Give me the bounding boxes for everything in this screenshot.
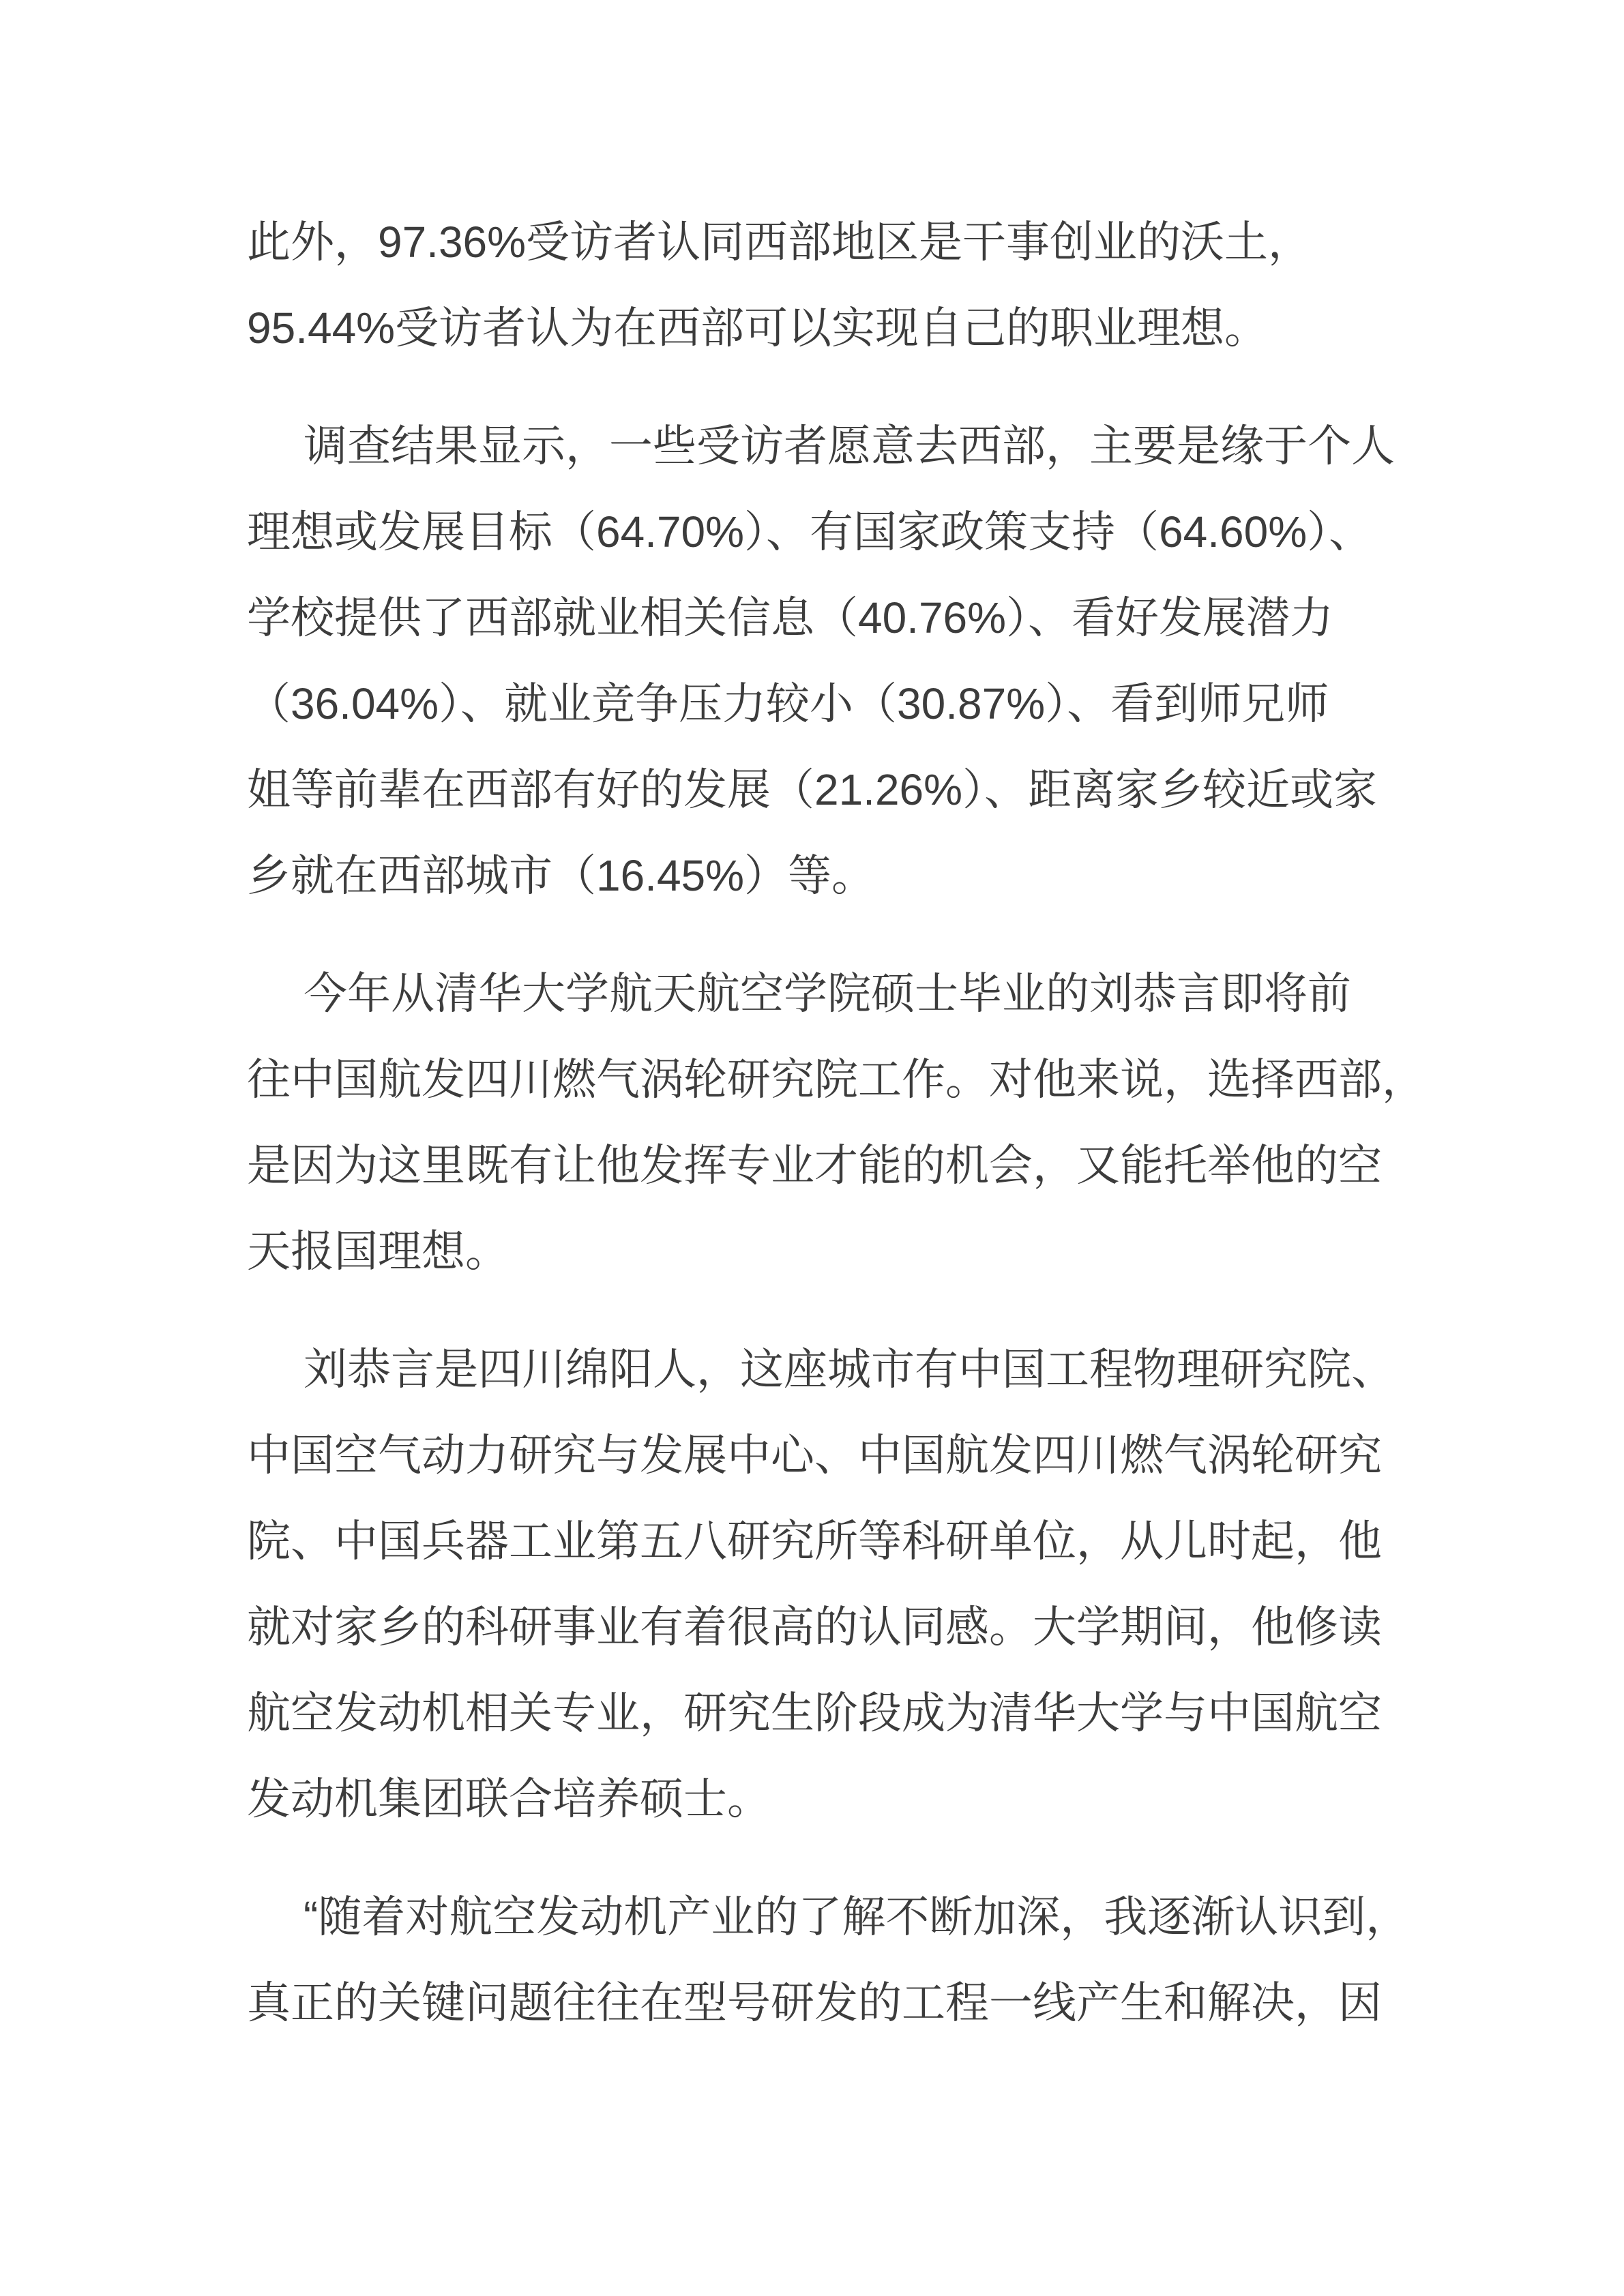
article-paragraph: 此外，97.36%受访者认同西部地区是干事创业的沃土，95.44%受访者认为在西… (247, 199, 1382, 371)
article-paragraph: “随着对航空发动机产业的了解不断加深，我逐渐认识到，真正的关键问题往往在型号研发… (247, 1874, 1382, 2046)
article-page: 此外，97.36%受访者认同西部地区是干事创业的沃土，95.44%受访者认为在西… (0, 0, 1624, 2296)
text-line: 发动机集团联合培养硕士。 (247, 1756, 1382, 1842)
text-line: 往中国航发四川燃气涡轮研究院工作。对他来说，选择西部， (247, 1037, 1382, 1122)
text-line: 中国空气动力研究与发展中心、中国航发四川燃气涡轮研究 (247, 1412, 1382, 1498)
text-line: 乡就在西部城市（16.45%）等。 (247, 833, 1382, 919)
text-line: 刘恭言是四川绵阳人，这座城市有中国工程物理研究院、 (247, 1326, 1382, 1412)
text-line: 今年从清华大学航天航空学院硕士毕业的刘恭言即将前 (247, 951, 1382, 1037)
text-line: 是因为这里既有让他发挥专业才能的机会，又能托举他的空 (247, 1122, 1382, 1208)
text-line: 姐等前辈在西部有好的发展（21.26%）、距离家乡较近或家 (247, 747, 1382, 833)
text-line: 天报国理想。 (247, 1208, 1382, 1294)
text-line: 此外，97.36%受访者认同西部地区是干事创业的沃土， (247, 199, 1382, 285)
article-paragraph: 刘恭言是四川绵阳人，这座城市有中国工程物理研究院、中国空气动力研究与发展中心、中… (247, 1326, 1382, 1842)
article-paragraph: 今年从清华大学航天航空学院硕士毕业的刘恭言即将前往中国航发四川燃气涡轮研究院工作… (247, 951, 1382, 1294)
text-line: 学校提供了西部就业相关信息（40.76%）、看好发展潜力 (247, 575, 1382, 661)
text-line: 理想或发展目标（64.70%）、有国家政策支持（64.60%）、 (247, 489, 1382, 575)
text-line: 院、中国兵器工业第五八研究所等科研单位，从儿时起，他 (247, 1498, 1382, 1584)
text-line: （36.04%）、就业竞争压力较小（30.87%）、看到师兄师 (247, 661, 1382, 747)
text-line: 真正的关键问题往往在型号研发的工程一线产生和解决，因 (247, 1960, 1382, 2046)
text-line: 95.44%受访者认为在西部可以实现自己的职业理想。 (247, 285, 1382, 371)
text-line: “随着对航空发动机产业的了解不断加深，我逐渐认识到， (247, 1874, 1382, 1960)
article-body: 此外，97.36%受访者认同西部地区是干事创业的沃土，95.44%受访者认为在西… (247, 199, 1382, 2046)
text-line: 就对家乡的科研事业有着很高的认同感。大学期间，他修读 (247, 1584, 1382, 1670)
text-line: 航空发动机相关专业，研究生阶段成为清华大学与中国航空 (247, 1670, 1382, 1756)
text-line: 调查结果显示，一些受访者愿意去西部，主要是缘于个人 (247, 403, 1382, 489)
article-paragraph: 调查结果显示，一些受访者愿意去西部，主要是缘于个人理想或发展目标（64.70%）… (247, 403, 1382, 919)
